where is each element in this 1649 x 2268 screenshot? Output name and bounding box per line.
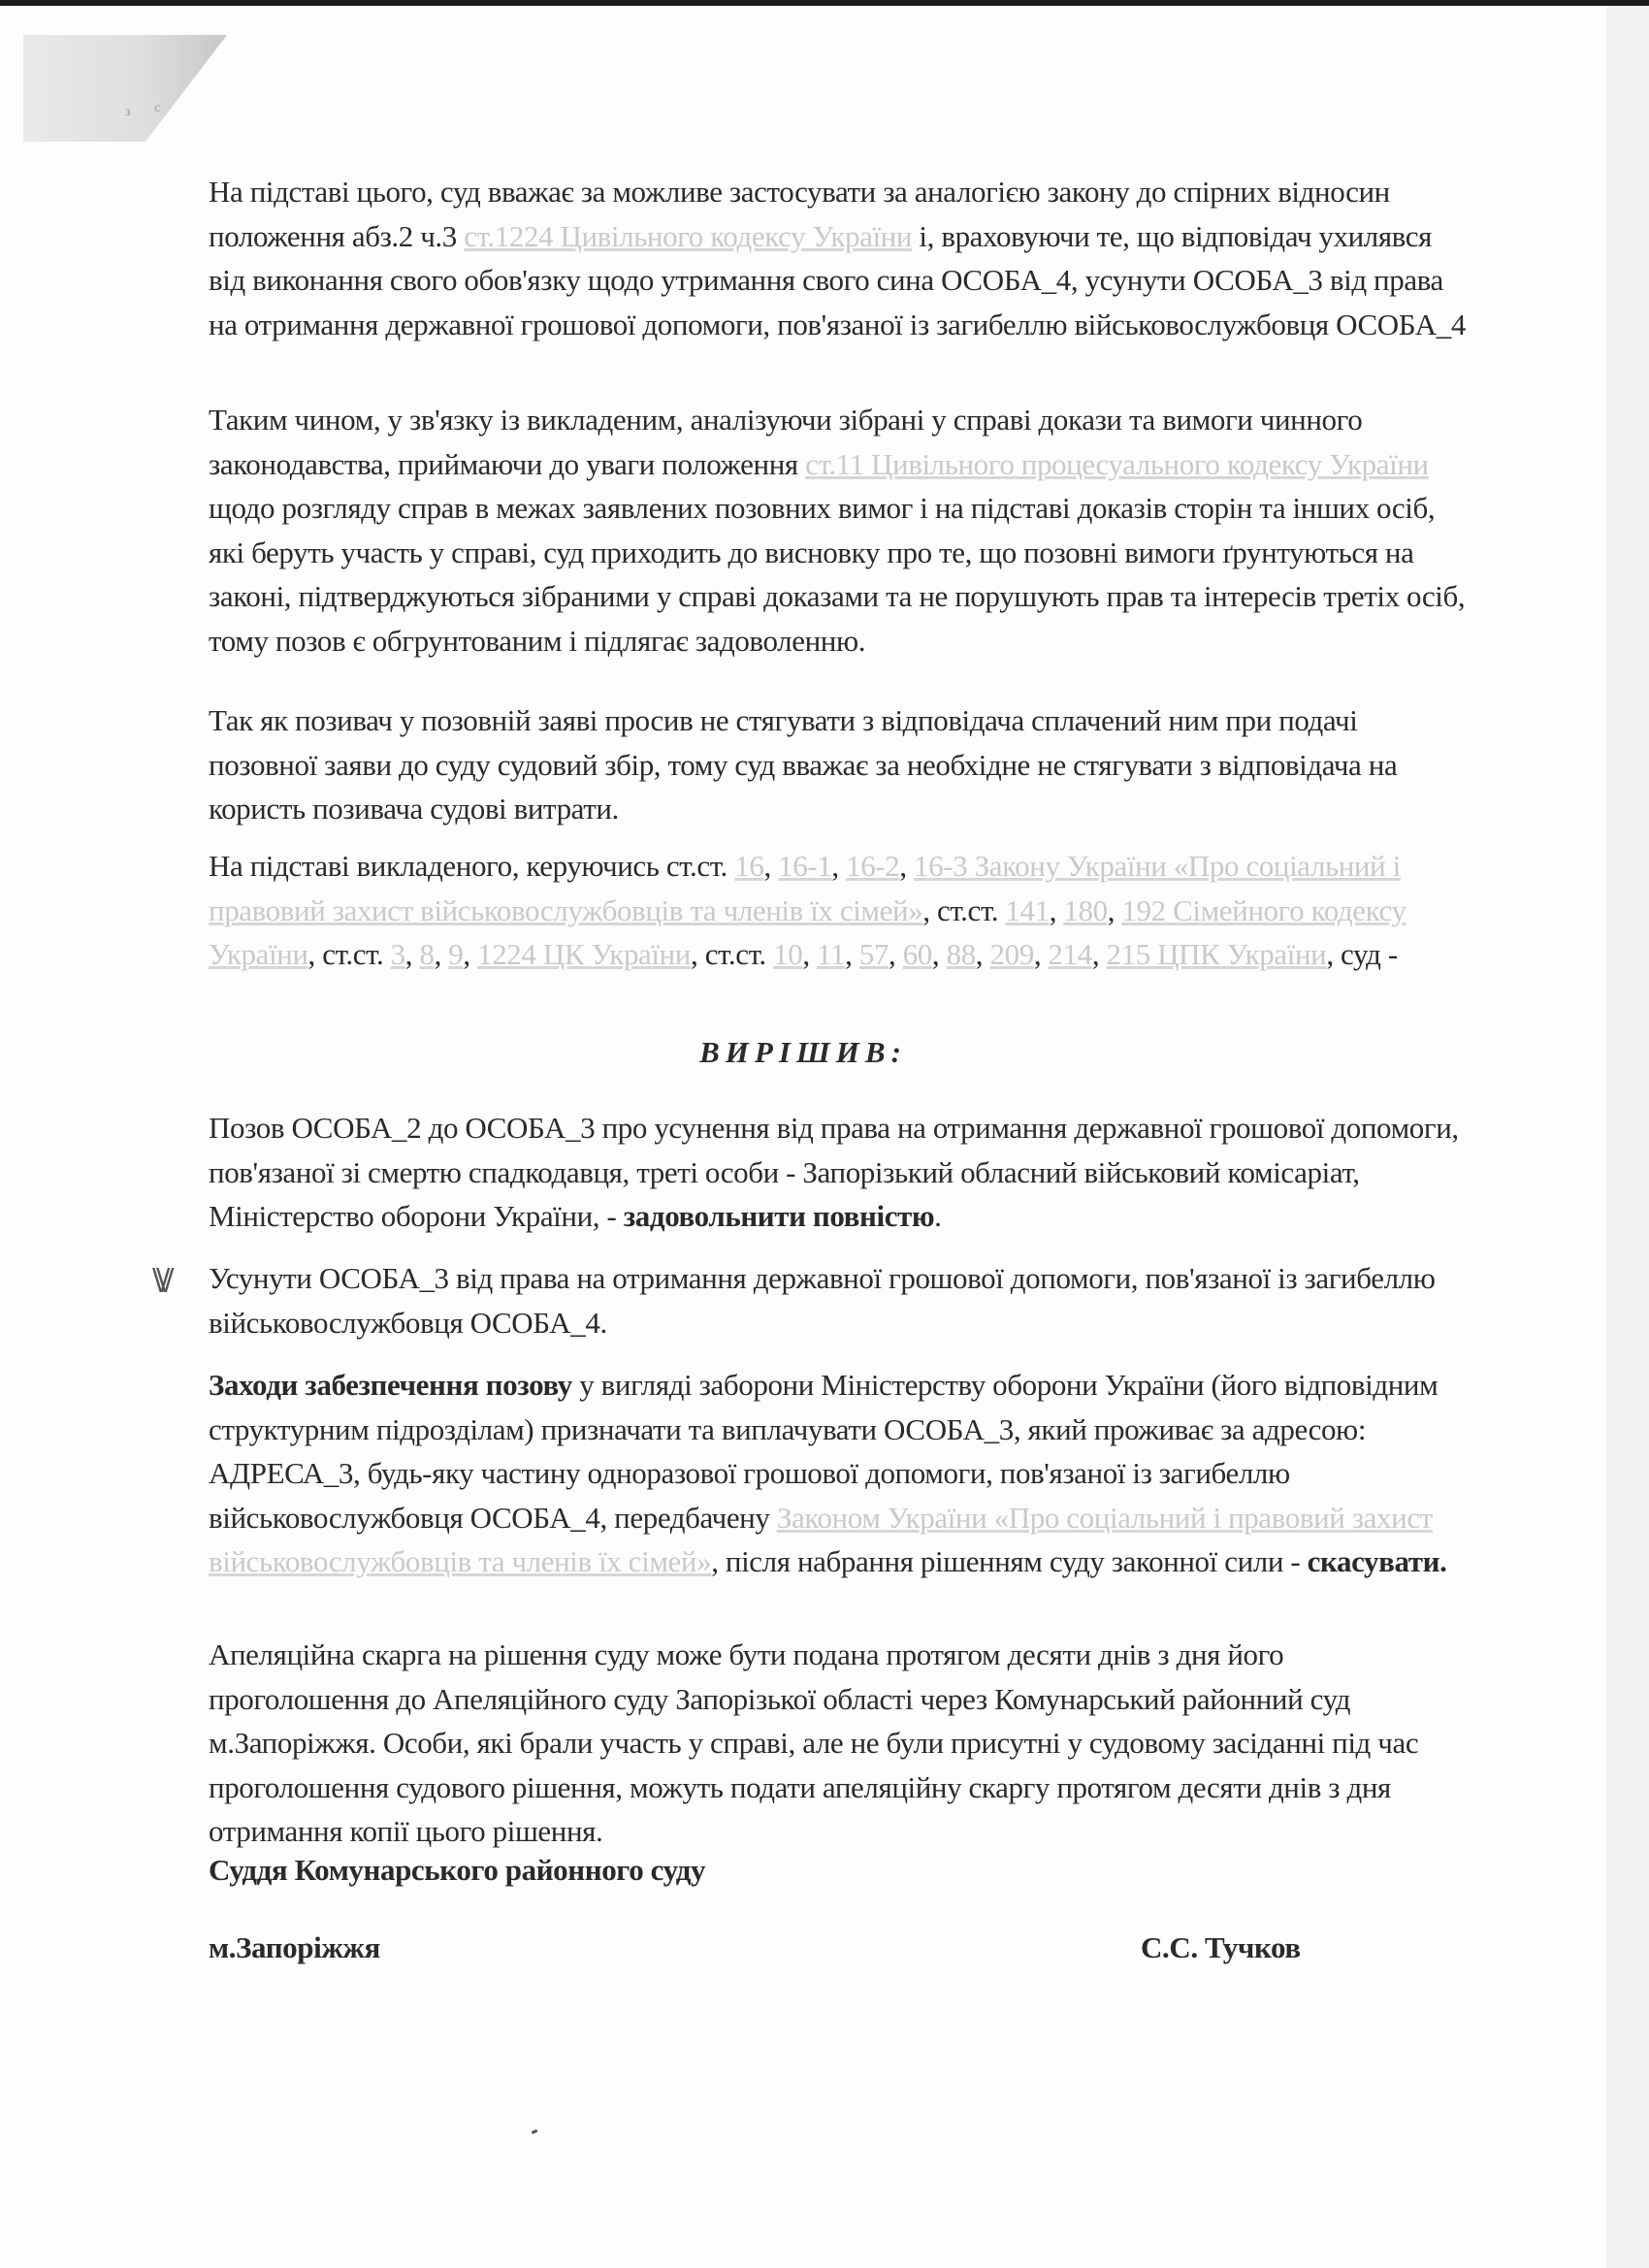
paragraph-text: , після набрання рішенням суду законної … bbox=[711, 1544, 1307, 1578]
law-link[interactable]: 11 bbox=[817, 937, 845, 971]
paragraph-claim-granted: Позов ОСОБА_2 до ОСОБА_3 про усунення ві… bbox=[209, 1106, 1470, 1239]
paragraph-court-costs: Так як позивач у позовній заяві просив н… bbox=[209, 698, 1470, 831]
law-link-civil-code[interactable]: 1224 ЦК України bbox=[477, 937, 691, 971]
separator: , bbox=[405, 937, 420, 971]
paragraph-legal-basis: На підставі викладеного, керуючись ст.ст… bbox=[209, 844, 1470, 977]
separator: , bbox=[1108, 893, 1122, 927]
separator: , bbox=[763, 849, 778, 883]
separator: , bbox=[435, 937, 449, 971]
law-link[interactable]: 16-1 bbox=[778, 849, 831, 883]
separator: , bbox=[889, 937, 903, 971]
separator: , bbox=[976, 937, 990, 971]
paragraph-text: , суд - bbox=[1326, 937, 1397, 971]
law-link-civil-procedure-11[interactable]: ст.11 Цивільного процесуального кодексу … bbox=[805, 447, 1429, 481]
law-link[interactable]: 16 bbox=[734, 849, 763, 883]
paragraph-text: Усунути ОСОБА_3 від права на отримання д… bbox=[209, 1256, 1470, 1345]
law-link[interactable]: 214 bbox=[1049, 937, 1092, 971]
paragraph-text: Так як позивач у позовній заяві просив н… bbox=[209, 698, 1470, 831]
decision-heading: ВИРІШИВ: bbox=[0, 1035, 1606, 1070]
law-link[interactable]: 180 bbox=[1063, 893, 1107, 927]
separator: , bbox=[463, 937, 477, 971]
separator: , bbox=[802, 937, 817, 971]
ruling-cancel: скасувати. bbox=[1308, 1544, 1447, 1578]
separator: , bbox=[1050, 893, 1064, 927]
corner-mark: з bbox=[125, 105, 131, 120]
court-city: м.Запоріжжя bbox=[209, 1930, 380, 1965]
paragraph-application-by-analogy: На підставі цього, суд вважає за можливе… bbox=[209, 170, 1470, 346]
law-link[interactable]: 9 bbox=[448, 937, 463, 971]
paragraph-text: На підставі викладеного, керуючись ст.ст… bbox=[209, 849, 734, 883]
paragraph-removal-from-right: Усунути ОСОБА_3 від права на отримання д… bbox=[209, 1256, 1470, 1345]
judge-name: С.С. Тучков bbox=[1141, 1930, 1301, 1965]
paragraph-text: , ст.ст. bbox=[922, 893, 1005, 927]
paragraph-text: щодо розгляду справ в межах заявлених по… bbox=[209, 491, 1465, 658]
paragraph-text: , ст.ст. bbox=[691, 937, 773, 971]
separator: , bbox=[1034, 937, 1049, 971]
law-link[interactable]: 60 bbox=[903, 937, 932, 971]
ruling-granted: задовольнити повністю bbox=[624, 1199, 934, 1233]
separator: , bbox=[932, 937, 947, 971]
paragraph-text: , ст.ст. bbox=[308, 937, 391, 971]
law-link-civil-procedure-code[interactable]: 215 ЦПК України bbox=[1107, 937, 1327, 971]
paragraph-conclusion: Таким чином, у зв'язку із викладеним, ан… bbox=[209, 398, 1470, 663]
separator: , bbox=[1092, 937, 1107, 971]
paragraph-text: . bbox=[934, 1199, 941, 1233]
law-link[interactable]: 3 bbox=[391, 937, 405, 971]
law-link[interactable]: 10 bbox=[773, 937, 802, 971]
separator: , bbox=[831, 849, 846, 883]
law-link[interactable]: 141 bbox=[1005, 893, 1049, 927]
law-link[interactable]: 57 bbox=[859, 937, 889, 971]
paragraph-appeal: Апеляційна скарга на рішення суду може б… bbox=[209, 1633, 1470, 1854]
security-measures-label: Заходи забезпечення позову bbox=[209, 1368, 572, 1402]
scanner-margin bbox=[1606, 6, 1649, 2268]
law-link[interactable]: 209 bbox=[990, 937, 1034, 971]
law-link-civil-code-1224[interactable]: ст.1224 Цивільного кодексу України bbox=[464, 219, 912, 253]
law-link[interactable]: 8 bbox=[419, 937, 434, 971]
separator: , bbox=[845, 937, 859, 971]
separator: , bbox=[899, 849, 914, 883]
law-link[interactable]: 88 bbox=[947, 937, 976, 971]
paragraph-text: Апеляційна скарга на рішення суду може б… bbox=[209, 1633, 1470, 1854]
corner-mark: с bbox=[154, 101, 160, 116]
judge-title: Суддя Комунарського районного суду bbox=[209, 1853, 705, 1888]
law-link[interactable]: 16-2 bbox=[846, 849, 899, 883]
handwritten-margin-mark: \\// bbox=[152, 1263, 168, 1297]
paragraph-security-measures: Заходи забезпечення позову у вигляді заб… bbox=[209, 1363, 1470, 1584]
